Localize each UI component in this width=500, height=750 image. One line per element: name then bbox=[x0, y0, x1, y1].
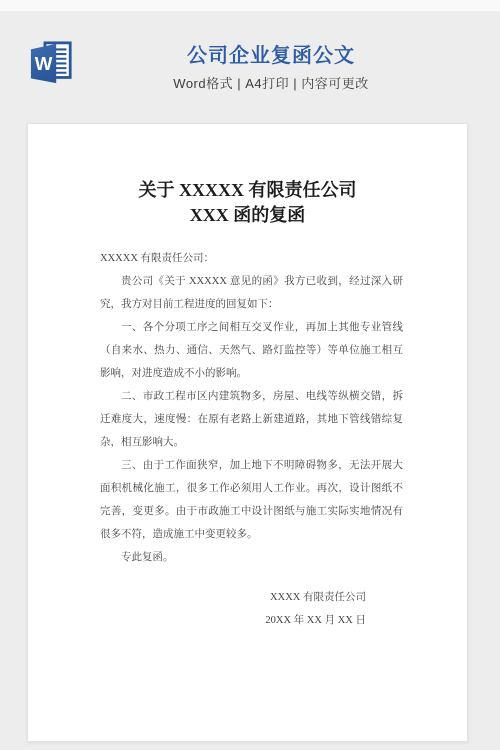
template-subtitle: Word格式 | A4打印 | 内容可更改 bbox=[42, 76, 500, 92]
document-page: 关于 XXXXX 有限责任公司 XXX 函的复函 XXXXX 有限责任公司： 贵… bbox=[27, 123, 468, 742]
letter-paragraph: 一、各个分项工序之间相互交叉作业，再加上其他专业管线（自来水、热力、通信、天然气… bbox=[100, 316, 403, 385]
letter-paragraph: 专此复函。 bbox=[100, 546, 403, 569]
signature-date: 20XX 年 XX 月 XX 日 bbox=[100, 609, 366, 632]
letter-title-line1: 关于 XXXXX 有限责任公司 bbox=[28, 178, 467, 203]
letter-body: XXXXX 有限责任公司： 贵公司《关于 XXXXX 意见的函》我方已收到，经过… bbox=[28, 247, 467, 632]
signature-block: XXXX 有限责任公司 20XX 年 XX 月 XX 日 bbox=[100, 586, 403, 632]
signature-company: XXXX 有限责任公司 bbox=[100, 586, 366, 609]
letter-heading: 关于 XXXXX 有限责任公司 XXX 函的复函 bbox=[28, 178, 467, 228]
letter-paragraph: 二、市政工程市区内建筑物多，房屋、电线等纵横交错，拆迁难度大，速度慢：在原有老路… bbox=[100, 385, 403, 454]
letter-paragraph: 三、由于工作面狭窄，加上地下不明障碍物多，无法开展大面积机械化施工，很多工作必须… bbox=[100, 454, 403, 546]
letter-salutation: XXXXX 有限责任公司： bbox=[100, 247, 403, 270]
header-text: 公司企业复函公文 Word格式 | A4打印 | 内容可更改 bbox=[42, 43, 500, 92]
letter-title-line2: XXX 函的复函 bbox=[28, 203, 467, 228]
template-title: 公司企业复函公文 bbox=[42, 43, 500, 69]
letter-paragraph: 贵公司《关于 XXXXX 意见的函》我方已收到，经过深入研究，我方对目前工程进度… bbox=[100, 270, 403, 316]
template-header: W 公司企业复函公文 Word格式 | A4打印 | 内容可更改 bbox=[0, 0, 500, 123]
